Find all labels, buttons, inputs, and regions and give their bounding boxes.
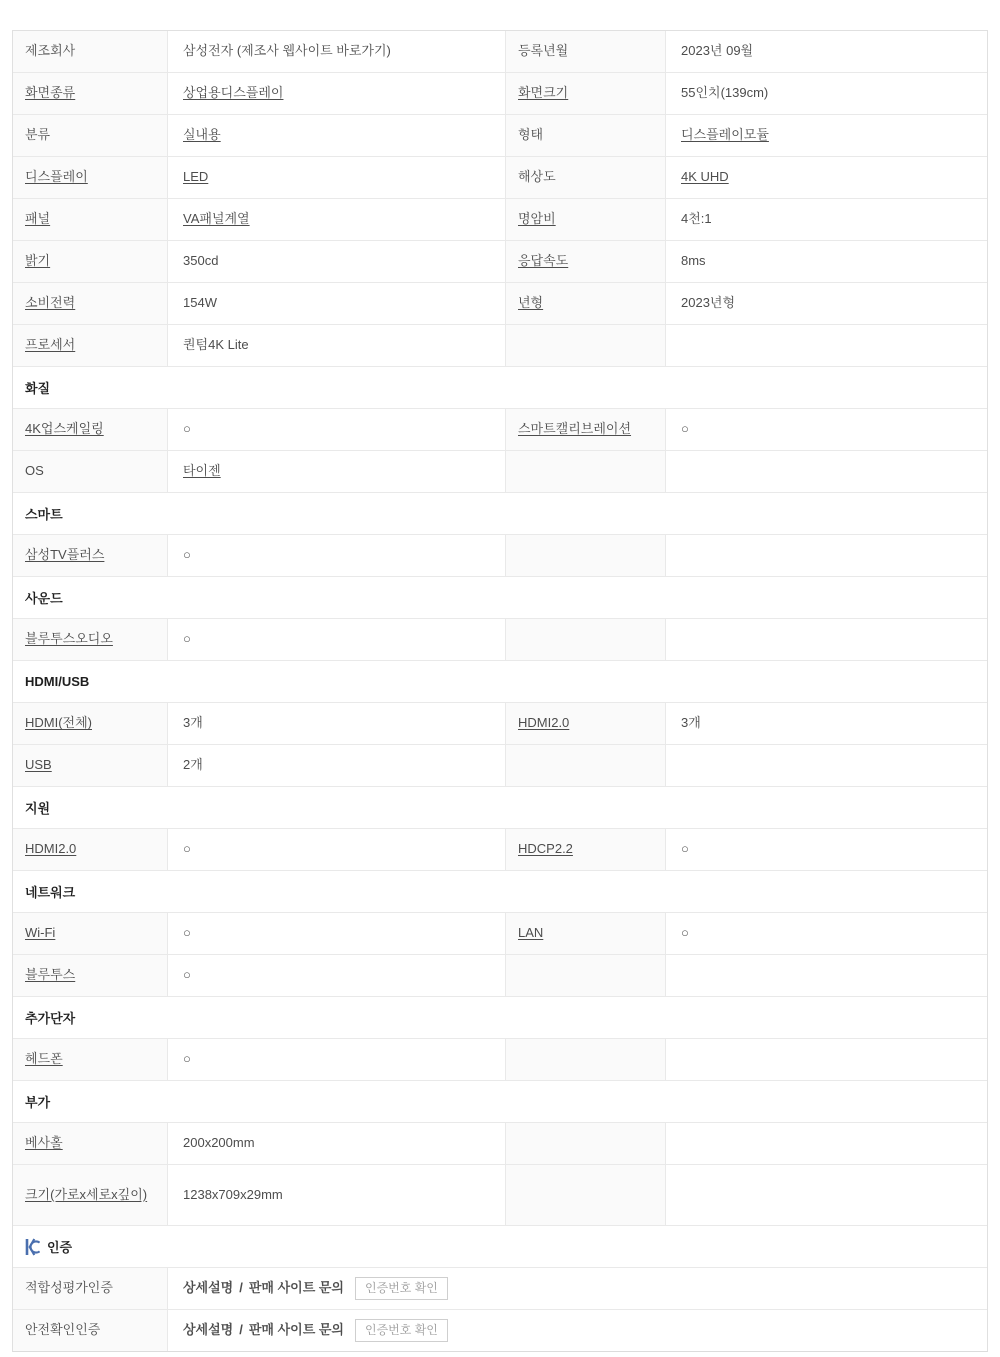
spec-label-text[interactable]: HDCP2.2 bbox=[518, 840, 573, 858]
table-row: 블루투스○ bbox=[13, 955, 987, 997]
spec-value: ○ bbox=[168, 1039, 506, 1080]
empty-cell bbox=[506, 619, 666, 660]
section-title: 인증 bbox=[47, 1237, 72, 1256]
spec-label-text[interactable]: USB bbox=[25, 756, 52, 774]
spec-label: 블루투스오디오 bbox=[13, 619, 168, 660]
cert-number-check-button[interactable]: 인증번호 확인 bbox=[355, 1277, 448, 1300]
spec-value: 4K UHD bbox=[666, 157, 987, 198]
empty-cell bbox=[506, 451, 666, 492]
spec-value-text: 2개 bbox=[183, 756, 203, 774]
section-header: 인증 bbox=[13, 1226, 987, 1268]
table-row: 안전확인인증상세설명/판매 사이트 문의인증번호 확인 bbox=[13, 1310, 987, 1351]
spec-label: 블루투스 bbox=[13, 955, 168, 996]
spec-label-text[interactable]: 디스플레이 bbox=[25, 168, 88, 186]
empty-cell bbox=[506, 535, 666, 576]
spec-label: 4K업스케일링 bbox=[13, 409, 168, 450]
spec-label: Wi-Fi bbox=[13, 913, 168, 954]
spec-label: 프로세서 bbox=[13, 325, 168, 366]
spec-value-text[interactable]: VA패널계열 bbox=[183, 210, 250, 228]
section-title: 지원 bbox=[25, 798, 50, 817]
spec-value: ○ bbox=[168, 913, 506, 954]
spec-label-text: 형태 bbox=[518, 126, 543, 144]
table-row: 화면종류상업용디스플레이화면크기55인치(139cm) bbox=[13, 73, 987, 115]
spec-table: 제조회사삼성전자 (제조사 웹사이트 바로가기)등록년월2023년 09월화면종… bbox=[12, 30, 988, 1352]
empty-cell bbox=[666, 1165, 987, 1225]
spec-value: 2023년 09월 bbox=[666, 31, 987, 72]
spec-label-text[interactable]: 화면크기 bbox=[518, 84, 568, 102]
spec-label: 응답속도 bbox=[506, 241, 666, 282]
cert-value: 상세설명/판매 사이트 문의인증번호 확인 bbox=[168, 1268, 987, 1309]
table-row: 디스플레이LED해상도4K UHD bbox=[13, 157, 987, 199]
table-row: 블루투스오디오○ bbox=[13, 619, 987, 661]
separator: / bbox=[239, 1321, 243, 1339]
supported-indicator: ○ bbox=[681, 924, 689, 942]
spec-label: HDMI2.0 bbox=[506, 703, 666, 744]
table-row: OS타이젠 bbox=[13, 451, 987, 493]
spec-value-text[interactable]: LED bbox=[183, 168, 208, 186]
spec-label: 제조회사 bbox=[13, 31, 168, 72]
spec-label-text[interactable]: 크기(가로x세로x깊이) bbox=[25, 1186, 147, 1204]
spec-value-text: 200x200mm bbox=[183, 1134, 255, 1152]
seller-site-inquiry-link[interactable]: 판매 사이트 문의 bbox=[249, 1321, 344, 1339]
section-header: 지원 bbox=[13, 787, 987, 829]
spec-value-text: 퀀텀4K Lite bbox=[183, 336, 249, 354]
spec-value: 실내용 bbox=[168, 115, 506, 156]
spec-value-text: 1238x709x29mm bbox=[183, 1186, 283, 1204]
section-header: 사운드 bbox=[13, 577, 987, 619]
spec-value-text[interactable]: 4K UHD bbox=[681, 168, 729, 186]
section-title: 네트워크 bbox=[25, 882, 75, 901]
spec-value: ○ bbox=[168, 619, 506, 660]
spec-value: 퀀텀4K Lite bbox=[168, 325, 506, 366]
empty-cell bbox=[666, 325, 987, 366]
spec-value: 154W bbox=[168, 283, 506, 324]
spec-value: LED bbox=[168, 157, 506, 198]
spec-value-text: 3개 bbox=[681, 714, 701, 732]
spec-value: ○ bbox=[168, 409, 506, 450]
spec-label-text[interactable]: 프로세서 bbox=[25, 336, 75, 354]
spec-value-text: 154W bbox=[183, 294, 217, 312]
spec-value: 2개 bbox=[168, 745, 506, 786]
spec-label: 형태 bbox=[506, 115, 666, 156]
table-row: HDMI(전체)3개HDMI2.03개 bbox=[13, 703, 987, 745]
spec-value: 1238x709x29mm bbox=[168, 1165, 506, 1225]
section-header: 스마트 bbox=[13, 493, 987, 535]
spec-label: OS bbox=[13, 451, 168, 492]
empty-cell bbox=[666, 1039, 987, 1080]
spec-label-text[interactable]: LAN bbox=[518, 924, 543, 942]
spec-label: 디스플레이 bbox=[13, 157, 168, 198]
spec-label-text[interactable]: HDMI(전체) bbox=[25, 714, 92, 732]
spec-value: 3개 bbox=[666, 703, 987, 744]
empty-cell bbox=[666, 535, 987, 576]
supported-indicator: ○ bbox=[183, 966, 191, 984]
spec-label-text[interactable]: 년형 bbox=[518, 294, 543, 312]
cert-value: 상세설명/판매 사이트 문의인증번호 확인 bbox=[168, 1310, 987, 1351]
spec-label-text[interactable]: HDMI2.0 bbox=[25, 840, 76, 858]
spec-label: 베사홀 bbox=[13, 1123, 168, 1164]
section-title: 화질 bbox=[25, 378, 50, 397]
spec-label-text[interactable]: 소비전력 bbox=[25, 294, 75, 312]
section-header: 네트워크 bbox=[13, 871, 987, 913]
table-row: USB2개 bbox=[13, 745, 987, 787]
spec-label-text: 분류 bbox=[25, 126, 50, 144]
table-row: 베사홀200x200mm bbox=[13, 1123, 987, 1165]
spec-label: 스마트캘리브레이션 bbox=[506, 409, 666, 450]
table-row: 적합성평가인증상세설명/판매 사이트 문의인증번호 확인 bbox=[13, 1268, 987, 1310]
spec-label-text[interactable]: 블루투스오디오 bbox=[25, 630, 113, 648]
spec-value: 디스플레이모듈 bbox=[666, 115, 987, 156]
section-title: 추가단자 bbox=[25, 1008, 75, 1027]
spec-value: ○ bbox=[168, 535, 506, 576]
table-row: 밝기350cd응답속도8ms bbox=[13, 241, 987, 283]
spec-value: ○ bbox=[168, 955, 506, 996]
spec-value-text: 2023년 09월 bbox=[681, 42, 753, 60]
spec-value-text[interactable]: 디스플레이모듈 bbox=[681, 126, 769, 144]
spec-label-text[interactable]: 스마트캘리브레이션 bbox=[518, 420, 631, 438]
spec-label-text[interactable]: 삼성TV플러스 bbox=[25, 546, 104, 564]
spec-label: 분류 bbox=[13, 115, 168, 156]
section-header: 추가단자 bbox=[13, 997, 987, 1039]
spec-label: HDMI2.0 bbox=[13, 829, 168, 870]
spec-label: 해상도 bbox=[506, 157, 666, 198]
supported-indicator: ○ bbox=[183, 840, 191, 858]
table-row: HDMI2.0○HDCP2.2○ bbox=[13, 829, 987, 871]
supported-indicator: ○ bbox=[183, 546, 191, 564]
table-row: 분류실내용형태디스플레이모듈 bbox=[13, 115, 987, 157]
supported-indicator: ○ bbox=[183, 924, 191, 942]
spec-label-text: 등록년월 bbox=[518, 42, 568, 60]
spec-label-text[interactable]: HDMI2.0 bbox=[518, 714, 569, 732]
spec-label-text: OS bbox=[25, 462, 44, 480]
supported-indicator: ○ bbox=[183, 1050, 191, 1068]
spec-label-text: 안전확인인증 bbox=[25, 1321, 100, 1339]
section-header: 화질 bbox=[13, 367, 987, 409]
spec-label: 명암비 bbox=[506, 199, 666, 240]
table-row: 프로세서퀀텀4K Lite bbox=[13, 325, 987, 367]
seller-site-inquiry-link[interactable]: 판매 사이트 문의 bbox=[249, 1279, 344, 1297]
table-row: 제조회사삼성전자 (제조사 웹사이트 바로가기)등록년월2023년 09월 bbox=[13, 31, 987, 73]
spec-label-text[interactable]: 화면종류 bbox=[25, 84, 75, 102]
spec-label: HDMI(전체) bbox=[13, 703, 168, 744]
spec-value: VA패널계열 bbox=[168, 199, 506, 240]
empty-cell bbox=[666, 1123, 987, 1164]
spec-label: 소비전력 bbox=[13, 283, 168, 324]
spec-value-text: 350cd bbox=[183, 252, 218, 270]
spec-label: 적합성평가인증 bbox=[13, 1268, 168, 1309]
detail-description-link[interactable]: 상세설명 bbox=[183, 1321, 233, 1339]
empty-cell bbox=[506, 955, 666, 996]
spec-label-text[interactable]: 패널 bbox=[25, 210, 50, 228]
empty-cell bbox=[666, 745, 987, 786]
spec-label-text: 적합성평가인증 bbox=[25, 1279, 113, 1297]
spec-value-text: 55인치(139cm) bbox=[681, 84, 768, 102]
spec-value: ○ bbox=[666, 829, 987, 870]
spec-label: 등록년월 bbox=[506, 31, 666, 72]
spec-value-text[interactable]: 상업용디스플레이 bbox=[183, 84, 283, 102]
spec-label: HDCP2.2 bbox=[506, 829, 666, 870]
spec-value: 삼성전자 (제조사 웹사이트 바로가기) bbox=[168, 31, 506, 72]
table-row: 크기(가로x세로x깊이)1238x709x29mm bbox=[13, 1165, 987, 1226]
detail-description-link[interactable]: 상세설명 bbox=[183, 1279, 233, 1297]
spec-value: 8ms bbox=[666, 241, 987, 282]
empty-cell bbox=[506, 325, 666, 366]
spec-label-text[interactable]: 헤드폰 bbox=[25, 1050, 63, 1068]
spec-label-text[interactable]: 밝기 bbox=[25, 252, 50, 270]
supported-indicator: ○ bbox=[183, 630, 191, 648]
spec-value: 3개 bbox=[168, 703, 506, 744]
spec-label: 삼성TV플러스 bbox=[13, 535, 168, 576]
spec-value-text[interactable]: 타이젠 bbox=[183, 462, 221, 480]
section-title: 부가 bbox=[25, 1092, 50, 1111]
empty-cell bbox=[506, 1123, 666, 1164]
empty-cell bbox=[666, 955, 987, 996]
table-row: 4K업스케일링○스마트캘리브레이션○ bbox=[13, 409, 987, 451]
spec-label-text: 제조회사 bbox=[25, 42, 75, 60]
table-row: 삼성TV플러스○ bbox=[13, 535, 987, 577]
spec-value-text: 3개 bbox=[183, 714, 203, 732]
supported-indicator: ○ bbox=[681, 840, 689, 858]
section-title: 스마트 bbox=[25, 504, 63, 523]
spec-label-text[interactable]: Wi-Fi bbox=[25, 924, 55, 942]
spec-value-text: 삼성전자 (제조사 웹사이트 바로가기) bbox=[183, 42, 391, 60]
spec-label-text[interactable]: 블루투스 bbox=[25, 966, 75, 984]
spec-label: 밝기 bbox=[13, 241, 168, 282]
separator: / bbox=[239, 1279, 243, 1297]
table-row: 패널VA패널계열명암비4천:1 bbox=[13, 199, 987, 241]
spec-label: 화면크기 bbox=[506, 73, 666, 114]
spec-label-text[interactable]: 명암비 bbox=[518, 210, 556, 228]
spec-value-text: 8ms bbox=[681, 252, 706, 270]
empty-cell bbox=[666, 451, 987, 492]
spec-value: 상업용디스플레이 bbox=[168, 73, 506, 114]
empty-cell bbox=[506, 745, 666, 786]
spec-label: 년형 bbox=[506, 283, 666, 324]
spec-value: ○ bbox=[666, 409, 987, 450]
section-header: HDMI/USB bbox=[13, 661, 987, 703]
spec-value: ○ bbox=[666, 913, 987, 954]
spec-label: USB bbox=[13, 745, 168, 786]
spec-value-text: 2023년형 bbox=[681, 294, 735, 312]
spec-label: LAN bbox=[506, 913, 666, 954]
table-row: Wi-Fi○LAN○ bbox=[13, 913, 987, 955]
table-row: 헤드폰○ bbox=[13, 1039, 987, 1081]
cert-number-check-button[interactable]: 인증번호 확인 bbox=[355, 1319, 448, 1342]
spec-label-text[interactable]: 베사홀 bbox=[25, 1134, 63, 1152]
spec-value-text[interactable]: 실내용 bbox=[183, 126, 221, 144]
spec-label-text[interactable]: 응답속도 bbox=[518, 252, 568, 270]
spec-value: 타이젠 bbox=[168, 451, 506, 492]
spec-label: 안전확인인증 bbox=[13, 1310, 168, 1351]
section-header: 부가 bbox=[13, 1081, 987, 1123]
spec-value: 2023년형 bbox=[666, 283, 987, 324]
supported-indicator: ○ bbox=[183, 420, 191, 438]
spec-value: 4천:1 bbox=[666, 199, 987, 240]
spec-label: 패널 bbox=[13, 199, 168, 240]
spec-value: 350cd bbox=[168, 241, 506, 282]
empty-cell bbox=[506, 1039, 666, 1080]
spec-value: 200x200mm bbox=[168, 1123, 506, 1164]
empty-cell bbox=[666, 619, 987, 660]
spec-label: 화면종류 bbox=[13, 73, 168, 114]
spec-label: 크기(가로x세로x깊이) bbox=[13, 1165, 168, 1225]
supported-indicator: ○ bbox=[681, 420, 689, 438]
spec-label: 헤드폰 bbox=[13, 1039, 168, 1080]
spec-value: ○ bbox=[168, 829, 506, 870]
spec-label-text: 해상도 bbox=[518, 168, 556, 186]
spec-label-text[interactable]: 4K업스케일링 bbox=[25, 420, 104, 438]
kc-certification-icon bbox=[25, 1238, 40, 1256]
section-title: HDMI/USB bbox=[25, 674, 89, 689]
section-title: 사운드 bbox=[25, 588, 63, 607]
table-row: 소비전력154W년형2023년형 bbox=[13, 283, 987, 325]
spec-value-text: 4천:1 bbox=[681, 210, 712, 228]
empty-cell bbox=[506, 1165, 666, 1225]
spec-value: 55인치(139cm) bbox=[666, 73, 987, 114]
